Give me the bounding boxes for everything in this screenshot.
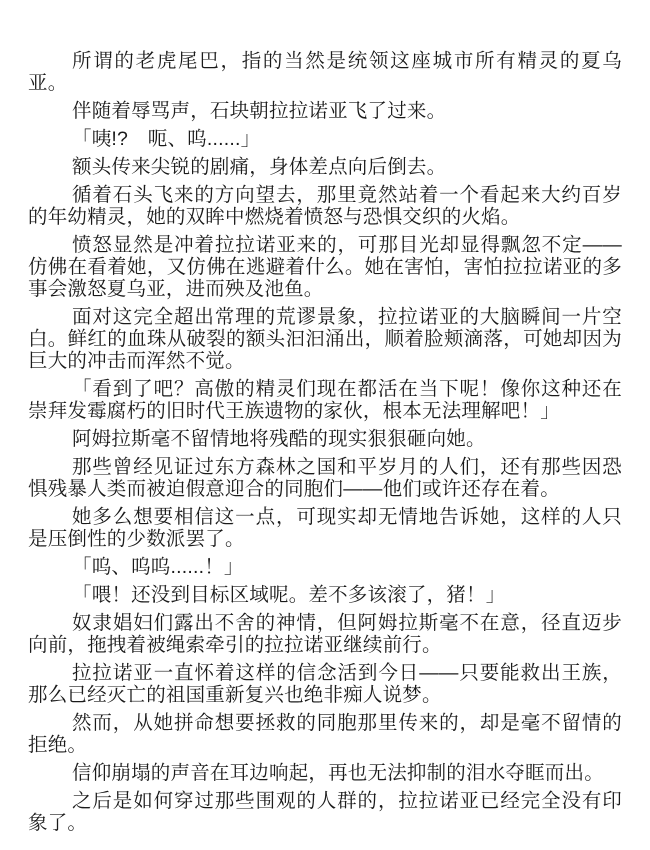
- paragraph: 「喂！还没到目标区域呢。差不多该滚了，猪！」: [28, 584, 622, 606]
- paragraph: 伴随着辱骂声，石块朝拉拉诺亚飞了过来。: [28, 100, 622, 122]
- paragraph: 信仰崩塌的声音在耳边响起，再也无法抑制的泪水夺眶而出。: [28, 762, 622, 784]
- paragraph: 拉拉诺亚一直怀着这样的信念活到今日——只要能救出王族，那么已经灭亡的祖国重新复兴…: [28, 662, 622, 706]
- paragraph: 她多么想要相信这一点，可现实却无情地告诉她，这样的人只是压倒性的少数派罢了。: [28, 506, 622, 550]
- paragraph: 「看到了吧？高傲的精灵们现在都活在当下呢！像你这种还在崇拜发霉腐朽的旧时代王族遗…: [28, 378, 622, 422]
- paragraph: 阿姆拉斯毫不留情地将残酷的现实狠狠砸向她。: [28, 428, 622, 450]
- paragraph: 循着石头飞来的方向望去，那里竟然站着一个看起来大约百岁的年幼精灵，她的双眸中燃烧…: [28, 184, 622, 228]
- paragraph: 「呜、呜呜......！」: [28, 556, 622, 578]
- paragraph: 然而，从她拼命想要拯救的同胞那里传来的，却是毫不留情的拒绝。: [28, 712, 622, 756]
- paragraph: 面对这完全超出常理的荒谬景象，拉拉诺亚的大脑瞬间一片空白。鲜红的血珠从破裂的额头…: [28, 306, 622, 372]
- paragraph: 奴隶娼妇们露出不舍的神情，但阿姆拉斯毫不在意，径直迈步向前，拖拽着被绳索牵引的拉…: [28, 612, 622, 656]
- paragraph: 「咦!? 呃、呜......」: [28, 128, 622, 150]
- paragraph: 那些曾经见证过东方森林之国和平岁月的人们，还有那些因恐惧残暴人类而被迫假意迎合的…: [28, 456, 622, 500]
- novel-page: 所谓的老虎尾巴，指的当然是统领这座城市所有精灵的夏乌亚。伴随着辱骂声，石块朝拉拉…: [0, 0, 650, 850]
- paragraph: 之后是如何穿过那些围观的人群的，拉拉诺亚已经完全没有印象了。: [28, 790, 622, 834]
- paragraph: 额头传来尖锐的剧痛，身体差点向后倒去。: [28, 156, 622, 178]
- paragraph: 愤怒显然是冲着拉拉诺亚来的，可那目光却显得飘忽不定——仿佛在看着她，又仿佛在逃避…: [28, 234, 622, 300]
- novel-text-body: 所谓的老虎尾巴，指的当然是统领这座城市所有精灵的夏乌亚。伴随着辱骂声，石块朝拉拉…: [28, 50, 622, 834]
- paragraph: 所谓的老虎尾巴，指的当然是统领这座城市所有精灵的夏乌亚。: [28, 50, 622, 94]
